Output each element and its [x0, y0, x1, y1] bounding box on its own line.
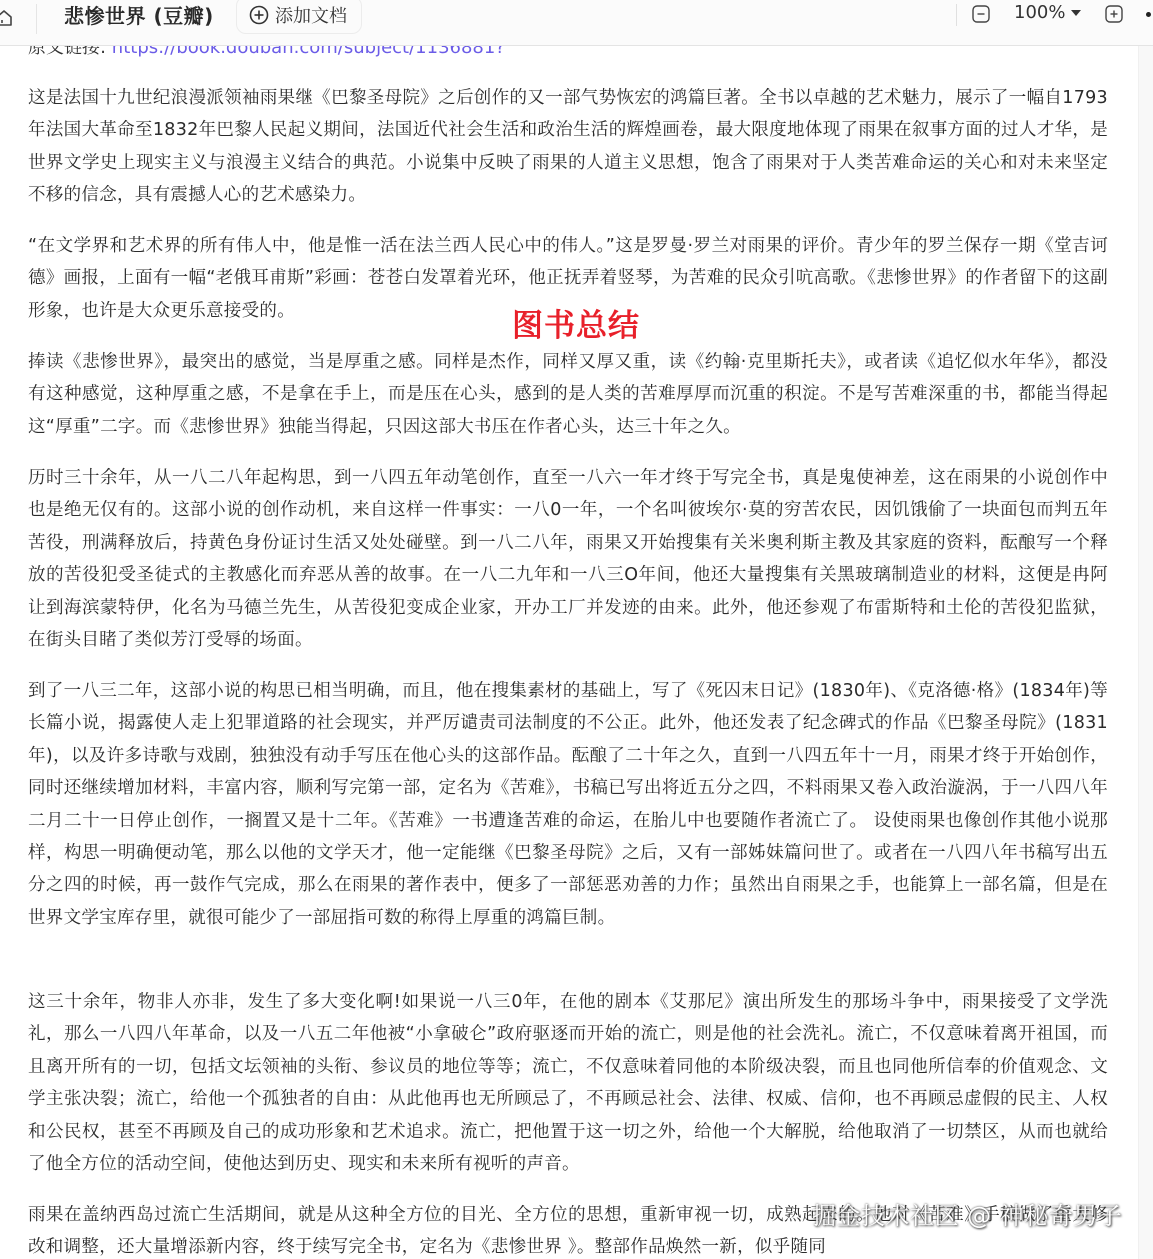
- vertical-scrollbar[interactable]: [1138, 46, 1153, 1259]
- zoom-in-icon[interactable]: [1105, 5, 1123, 23]
- zoom-level-value: 100%: [1014, 2, 1065, 23]
- more-dots-icon[interactable]: [1146, 12, 1151, 17]
- toolbar-divider: [956, 4, 957, 26]
- paragraph-1832: 到了一八三二年，这部小说的构思已相当明确，而且，他在搜集素材的基础上，写了《死囚…: [28, 675, 1108, 934]
- add-document-label: 添加文档: [275, 2, 347, 28]
- paragraph-exile: 这三十余年，物非人亦非，发生了多大变化啊!如果说一八三0年，在他的剧本《艾那尼》…: [28, 986, 1108, 1180]
- toolbar-divider: [36, 4, 37, 34]
- document-toolbar: 悲惨世界 (豆瓣) 添加文档 100%: [0, 0, 1153, 46]
- caret-down-icon: [1071, 10, 1081, 16]
- document-title: 悲惨世界 (豆瓣): [64, 2, 214, 32]
- watermark: 掘金技术社区 @ 神秘奇男子: [812, 1196, 1122, 1231]
- paragraph-intro: 这是法国十九世纪浪漫派领袖雨果继《巴黎圣母院》之后创作的又一部气势恢宏的鸿篇巨著…: [28, 82, 1108, 212]
- paragraph-history: 历时三十余年，从一八二八年起构思，到一八四五年动笔创作，直至一八六一年才终于写完…: [28, 462, 1108, 656]
- book-summary-heading: 图书总结: [512, 300, 640, 345]
- plus-circle-icon: [249, 5, 269, 25]
- add-document-button[interactable]: 添加文档: [236, 0, 362, 34]
- paragraph-weight: 捧读《悲惨世界》，最突出的感觉，当是厚重之感。同样是杰作，同样又厚又重，读《约翰…: [28, 346, 1108, 443]
- document-content: 原文链接: https://book.douban.com/subject/11…: [0, 0, 1138, 1259]
- home-icon[interactable]: [0, 8, 14, 28]
- zoom-out-icon[interactable]: [972, 5, 990, 23]
- zoom-level-dropdown[interactable]: 100%: [1014, 2, 1081, 23]
